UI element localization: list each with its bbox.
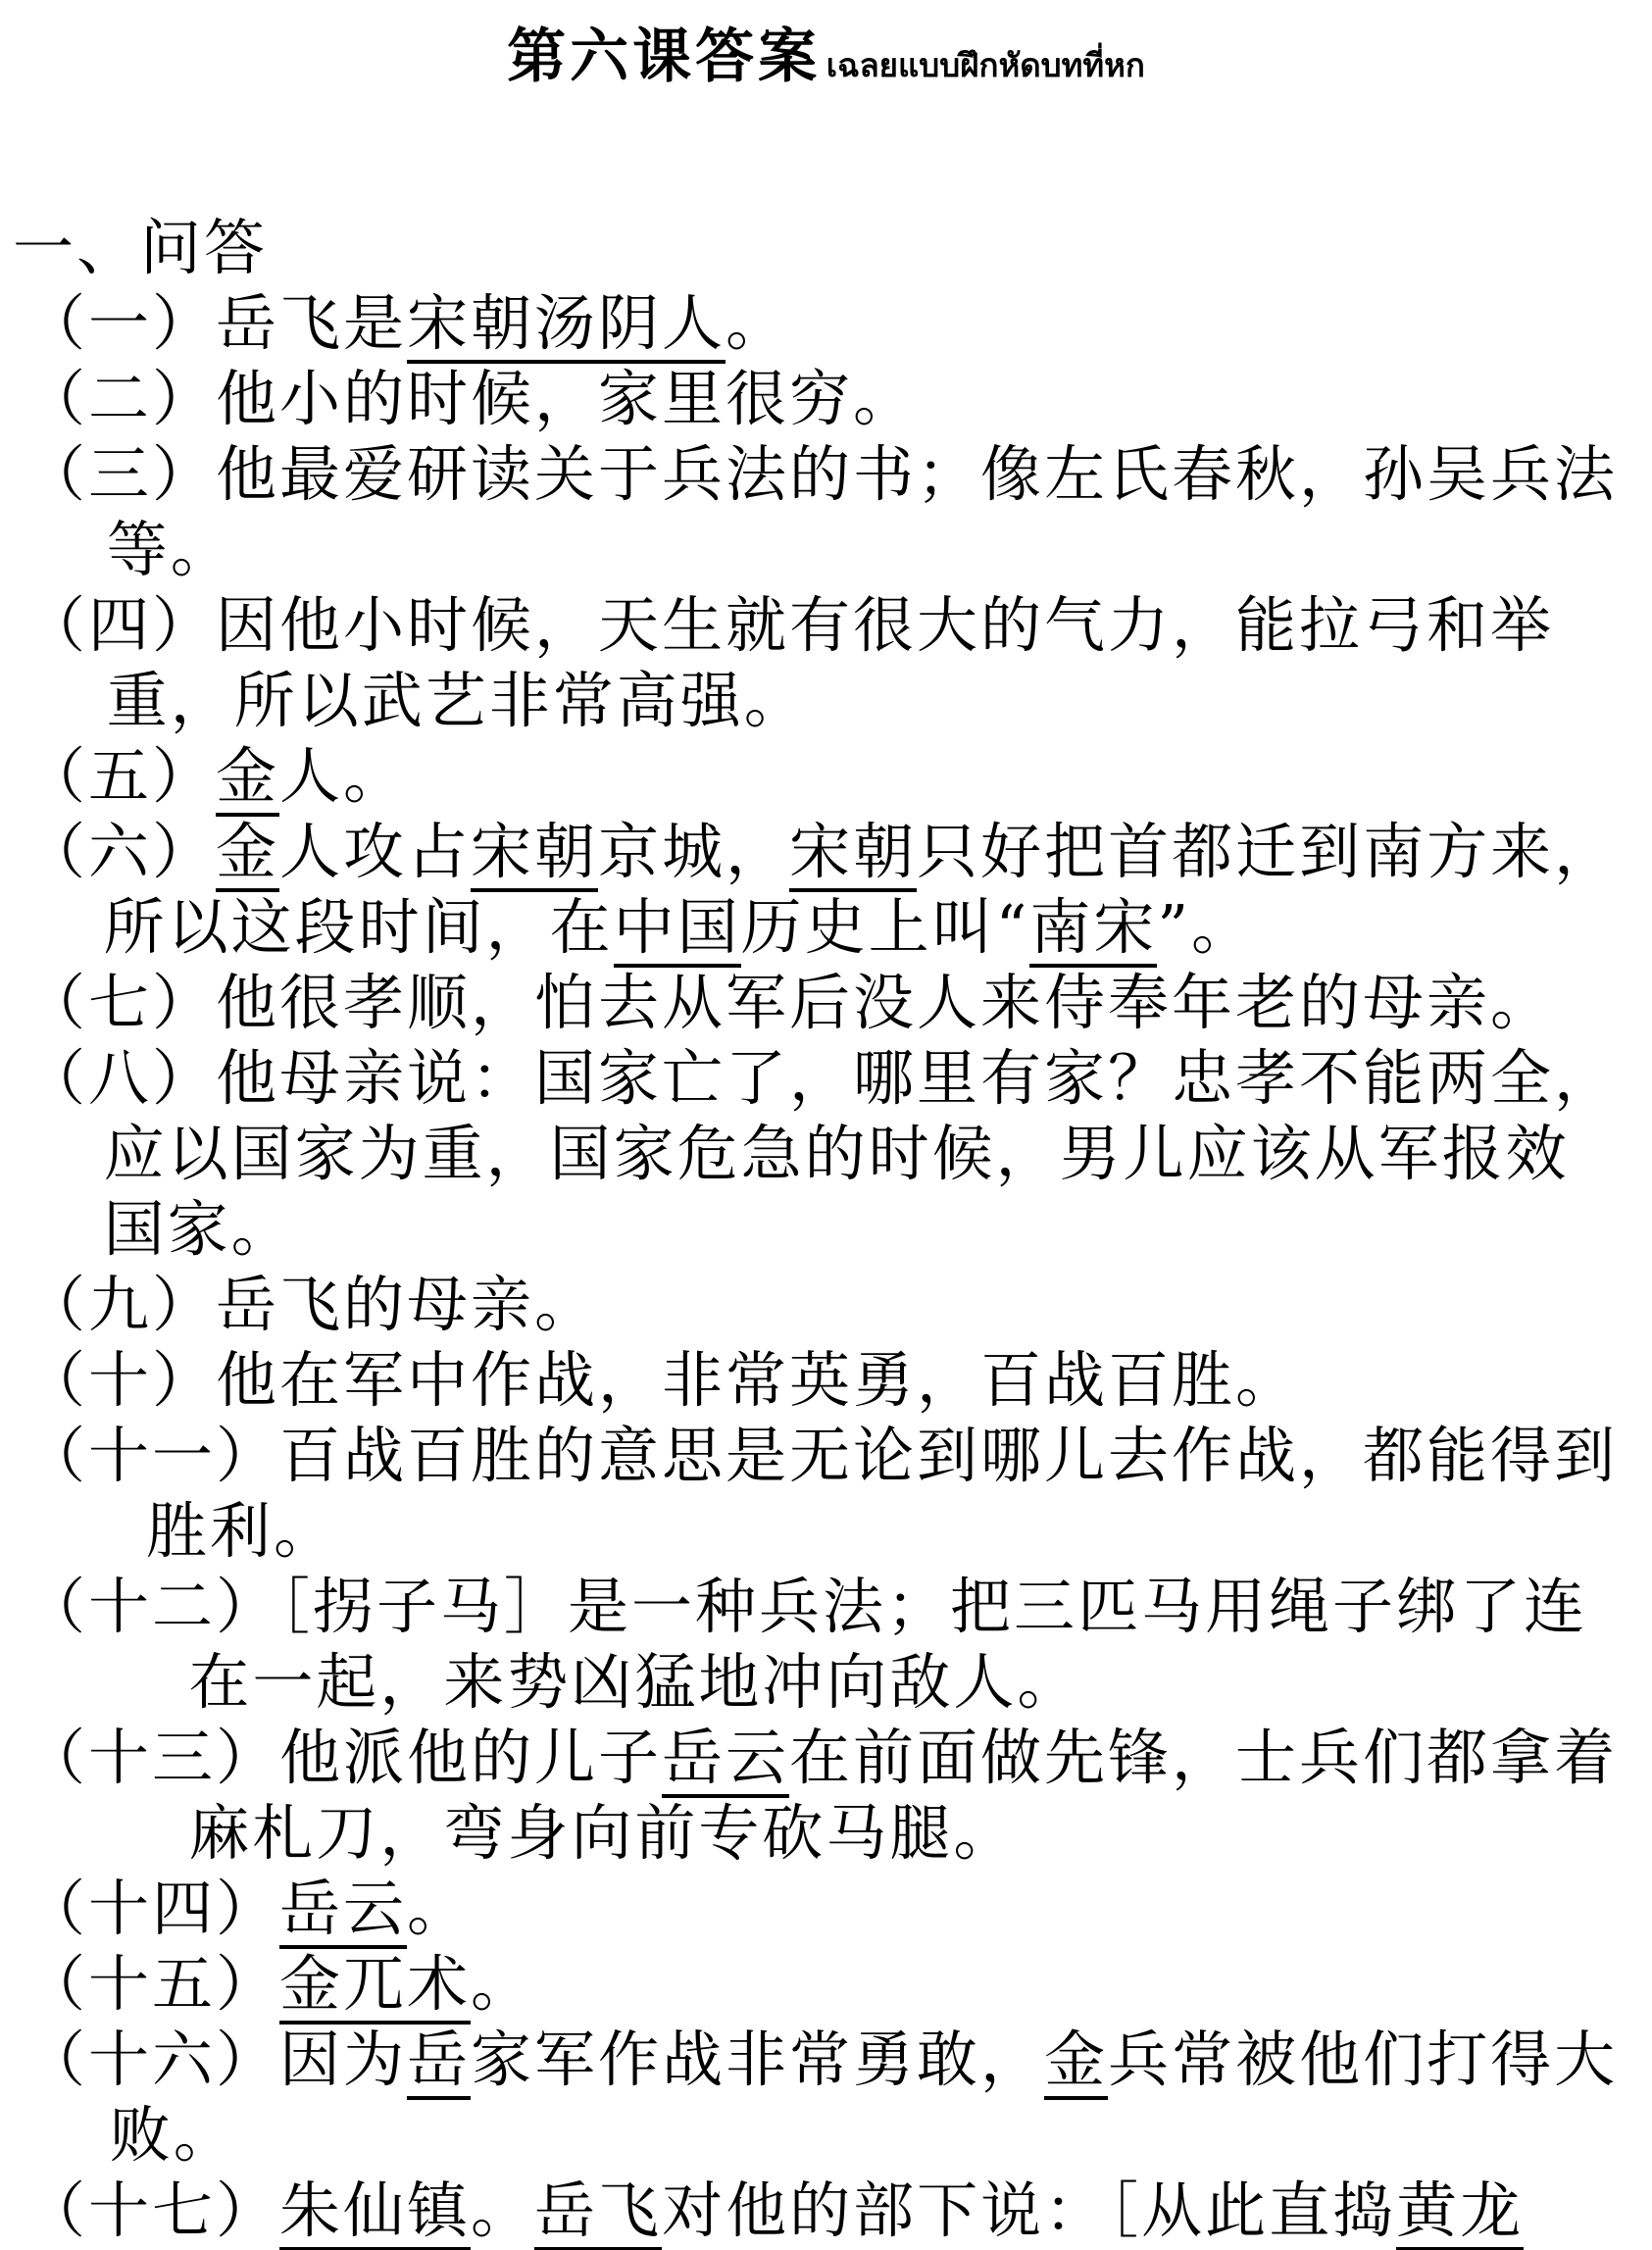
text-run: 人。 [279,740,407,812]
underlined-text: 朱仙镇 [279,2175,471,2250]
answer-line: （十二）［拐子马］是一种兵法；把三匹马用绳子绑了连 [25,1569,1637,1644]
answer-line: （七）他很孝顺，怕去从军后没人来侍奉年老的母亲。 [25,965,1637,1040]
answer-marker: （七） [25,967,216,1038]
text-run: 只好把首都迁到南方来， [917,816,1618,887]
answer-continuation-line: 麻札刀，弯身向前专砍马腿。 [25,1795,1637,1871]
text-run: 历史上叫“ [741,891,1030,963]
text-run: 岳飞是 [216,287,407,359]
text-run: 。 [471,1948,534,2020]
answer-continuation-line: 败。 [25,2097,1637,2173]
answer-continuation-line: 所以这段时间，在中国历史上叫“南宋”。 [25,889,1637,965]
text-run: 应以国家为重，国家危急的时候，男儿应该从军报效 [104,1118,1570,1189]
answer-marker: （十三） [25,1722,279,1793]
text-run: 他最爱研读关于兵法的书；像左氏春秋，孙吴兵法 [216,438,1618,510]
underlined-text: 宋朝 [471,816,598,892]
text-run: 他派他的儿子 [279,1722,662,1793]
text-run: 人攻占 [279,816,471,887]
text-run: 。 [471,2175,534,2246]
answer-marker: （八） [25,1042,216,1114]
text-run: 国家。 [104,1193,295,1265]
page-title-chinese: 第六课答案 [507,23,821,91]
answer-line: （三）他最爱研读关于兵法的书；像左氏春秋，孙吴兵法 [25,436,1637,512]
answer-marker: （六） [25,816,216,887]
answer-line: （八）他母亲说：国家亡了，哪里有家？忠孝不能两全， [25,1040,1637,1116]
page-title: 第六课答案 เฉลยแบบฝึกหัดบทที่หก [0,10,1652,94]
page-title-thai: เฉลยแบบฝึกหัดบทที่หก [826,46,1145,84]
answer-marker: （十一） [25,1420,279,1491]
answer-line: （十五）金兀术。 [25,1946,1637,2022]
answer-marker: （十五） [25,1948,279,2020]
answer-marker: （一） [25,287,216,359]
answer-marker: （四） [25,589,216,661]
text-run: 败。 [110,2099,237,2171]
text-run: 他母亲说：国家亡了，哪里有家？忠孝不能两全， [216,1042,1618,1114]
underlined-text: 金 [216,740,279,817]
text-run: 在前面做先锋，士兵们都拿着 [789,1722,1618,1793]
answer-continuation-line: 等。 [25,512,1637,587]
answer-continuation-line: 重，所以武艺非常高强。 [25,663,1637,738]
answer-line: （十六）因为岳家军作战非常勇敢，金兵常被他们打得大 [25,2022,1637,2097]
answer-marker: （三） [25,438,216,510]
text-run: 因为 [279,2024,407,2095]
text-run: 岳飞的母亲。 [216,1269,598,1340]
answer-line: （一）岳飞是宋朝汤阴人。 [25,285,1637,361]
text-run: 兵常被他们打得大 [1108,2024,1618,2095]
document-body: 一、问答 （一）岳飞是宋朝汤阴人。（二）他小的时候，家里很穷。（三）他最爱研读关… [0,210,1652,2248]
underlined-text: 金兀术 [279,1948,471,2025]
answer-continuation-line: 应以国家为重，国家危急的时候，男儿应该从军报效 [25,1116,1637,1191]
answer-line: （十一）百战百胜的意思是无论到哪儿去作战，都能得到 [25,1418,1637,1493]
underlined-text: 岳云 [279,1873,407,1949]
text-run: 所以这段时间，在 [104,891,614,963]
answer-marker: （九） [25,1269,216,1340]
text-run: 重，所以武艺非常高强。 [107,665,808,736]
text-run: 对他的部下说：［从此直捣 [662,2175,1396,2246]
answer-list: （一）岳飞是宋朝汤阴人。（二）他小的时候，家里很穷。（三）他最爱研读关于兵法的书… [25,285,1637,2248]
section-heading: 一、问答 [13,210,1637,285]
text-run: ［拐子马］是一种兵法；把三匹马用绳子绑了连 [279,1571,1587,1642]
text-run: 他在军中作战，非常英勇，百战百胜。 [216,1344,1299,1416]
answer-line: （五）金人。 [25,738,1637,814]
underlined-text: 南宋 [1029,891,1157,968]
text-run: 因他小时候，天生就有很大的气力，能拉弓和举 [216,589,1554,661]
text-run: 。 [407,1873,471,1944]
underlined-text: 中国 [614,891,741,968]
answer-line: （四）因他小时候，天生就有很大的气力，能拉弓和举 [25,587,1637,663]
answer-line: （十四）岳云。 [25,1871,1637,1946]
text-run: 在一起，来势凶猛地冲向敌人。 [188,1646,1080,1718]
answer-marker: （十四） [25,1873,279,1944]
underlined-text: 宋朝汤阴人 [407,287,726,364]
underlined-text: 金 [216,816,279,892]
underlined-text: 岳云 [662,1722,789,1798]
answer-continuation-line: 胜利。 [25,1493,1637,1569]
answer-line: （十三）他派他的儿子岳云在前面做先锋，士兵们都拿着 [25,1720,1637,1795]
text-run: 等。 [107,514,234,585]
answer-line: （六）金人攻占宋朝京城，宋朝只好把首都迁到南方来， [25,814,1637,889]
answer-line: （二）他小的时候，家里很穷。 [25,361,1637,436]
underlined-text: 岳 [407,2024,471,2100]
text-run: 家军作战非常勇敢， [471,2024,1044,2095]
answer-marker: （五） [25,740,216,812]
underlined-text: 黄龙 [1396,2175,1524,2250]
answer-continuation-line: 国家。 [25,1191,1637,1267]
underlined-text: 金 [1044,2024,1108,2100]
text-run: 他小的时候，家里很穷。 [216,363,917,434]
answer-line: （十七）朱仙镇。岳飞对他的部下说：［从此直捣黄龙 [25,2173,1637,2248]
answer-marker: （十） [25,1344,216,1416]
answer-continuation-line: 在一起，来势凶猛地冲向敌人。 [25,1644,1637,1720]
answer-marker: （十七） [25,2175,279,2246]
text-run: 百战百胜的意思是无论到哪儿去作战，都能得到 [279,1420,1618,1491]
text-run: 麻札刀，弯身向前专砍马腿。 [188,1797,1017,1869]
answer-line: （十）他在军中作战，非常英勇，百战百胜。 [25,1342,1637,1418]
text-run: 他很孝顺，怕去从军后没人来侍奉年老的母亲。 [216,967,1554,1038]
answer-marker: （十二） [25,1571,279,1642]
text-run: 胜利。 [146,1495,337,1567]
document-page: { "page": { "background": "#ffffff", "te… [0,0,1652,2250]
answer-line: （九）岳飞的母亲。 [25,1267,1637,1342]
text-run: ”。 [1157,891,1255,963]
text-run: 。 [726,287,789,359]
underlined-text: 岳飞 [534,2175,662,2250]
answer-marker: （二） [25,363,216,434]
text-run: 京城， [598,816,789,887]
answer-marker: （十六） [25,2024,279,2095]
underlined-text: 宋朝 [789,816,917,892]
